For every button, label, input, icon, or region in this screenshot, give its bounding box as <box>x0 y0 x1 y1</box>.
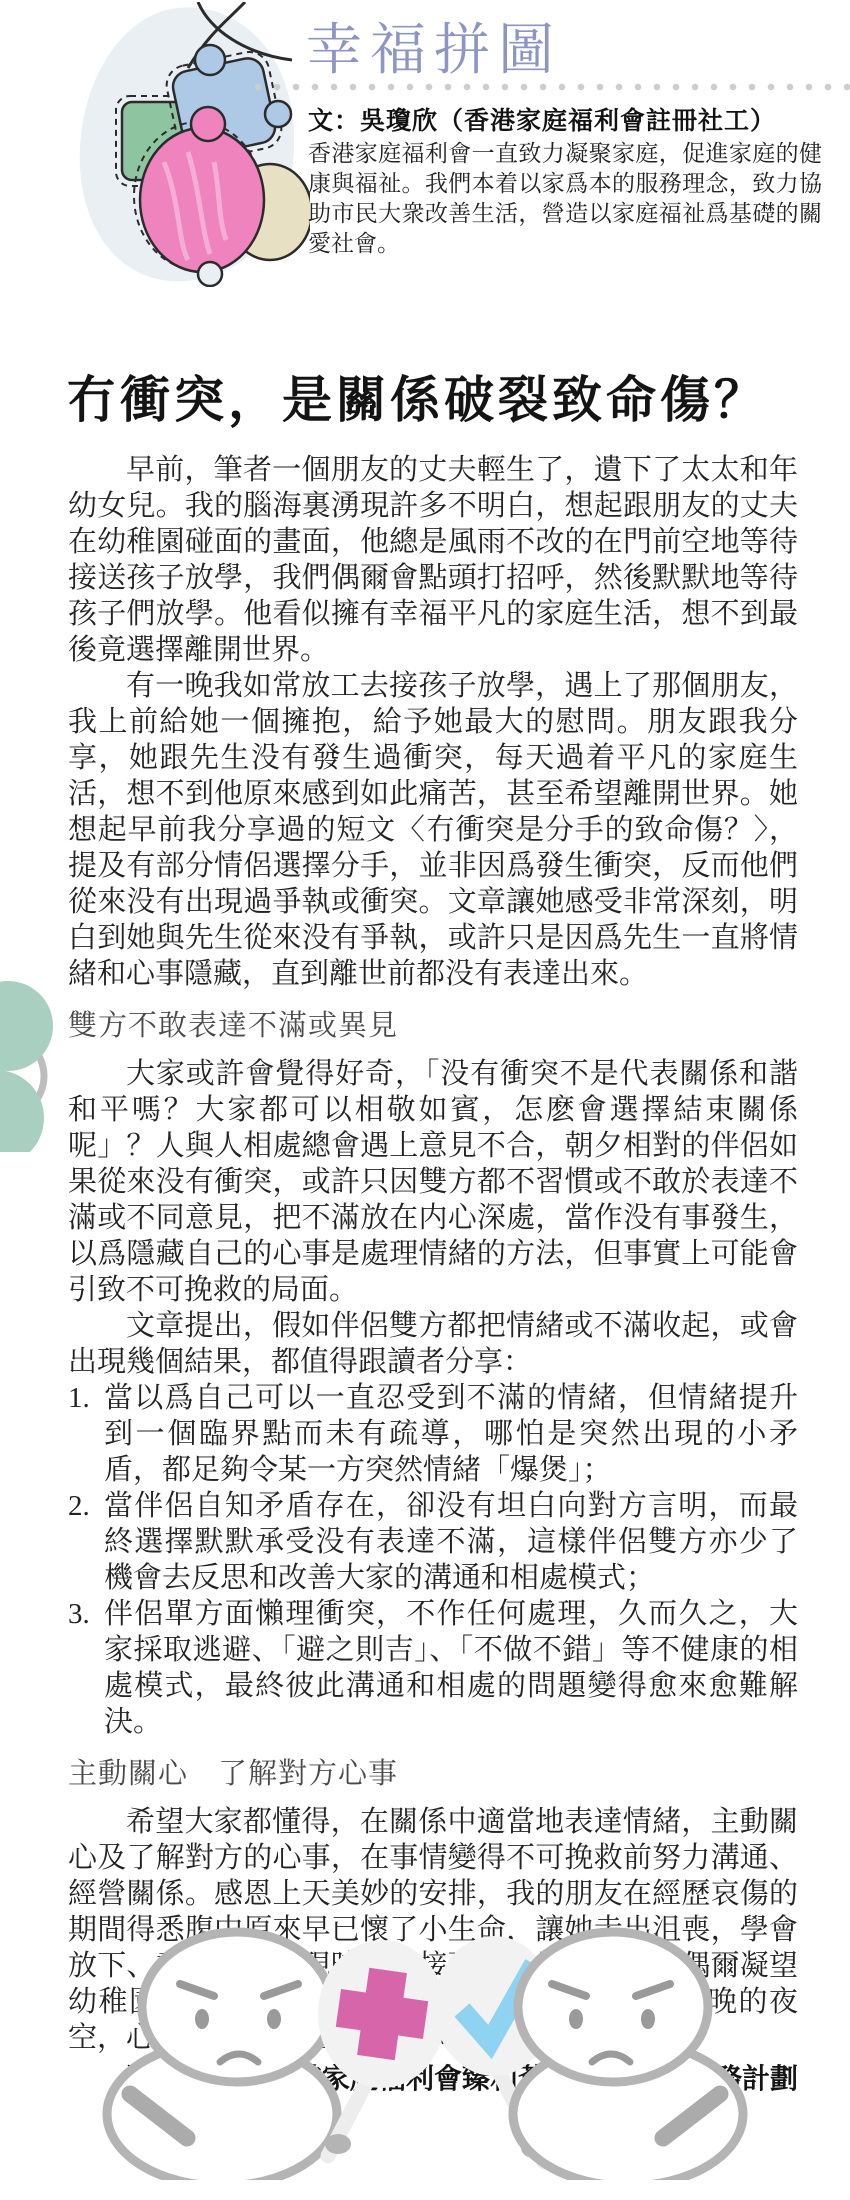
list-item: 2. 當伴侶自知矛盾存在，卻没有坦白向對方言明，而最終選擇默默承受没有表達不滿，… <box>68 1488 798 1596</box>
section-heading: 主動關心 了解對方心事 <box>68 1756 798 1792</box>
list-number: 1. <box>68 1380 104 1488</box>
article-body: 早前，筆者一個朋友的丈夫輕生了，遺下了太太和年幼女兒。我的腦海裏湧現許多不明白，… <box>68 452 798 2098</box>
list-text: 當以爲自己可以一直忍受到不滿的情緒，但情緒提升到一個臨界點而未有疏導，哪怕是突然… <box>104 1380 798 1488</box>
edge-circles-decoration <box>0 980 60 1152</box>
plus-sign-paddle-icon <box>318 1940 446 2156</box>
article-headline: 冇衝突，是關係破裂致命傷？ <box>66 360 768 432</box>
green-circles-icon <box>0 980 60 1152</box>
list-text: 伴侶單方面懶理衝突，不作任何處理，久而久之，大家採取逃避、「避之則吉」、「不做不… <box>104 1596 798 1740</box>
list-text: 當伴侶自知矛盾存在，卻没有坦白向對方言明，而最終選擇默默承受没有表達不滿，這樣伴… <box>104 1488 798 1596</box>
footer-illustration <box>52 1922 798 2180</box>
puzzle-icon <box>60 2 310 287</box>
paragraph: 大家或許會覺得好奇，「没有衝突不是代表關係和諧和平嗎？大家都可以相敬如賓，怎麽會… <box>68 1056 798 1308</box>
article-page: 幸福拼圖 文：吳瓊欣（香港家庭福利會註冊社工） 香港家庭福利會一直致力凝聚家庭，… <box>0 0 850 2200</box>
angry-figure-left-icon <box>107 1932 337 2180</box>
list-item: 1. 當以爲自己可以一直忍受到不滿的情緒，但情緒提升到一個臨界點而未有疏導，哪怕… <box>68 1380 798 1488</box>
dotted-divider <box>254 83 850 91</box>
angry-figure-right-icon <box>513 1932 743 2180</box>
paragraph: 有一晚我如常放工去接孩子放學，遇上了那個朋友，我上前給她一個擁抱，給予她最大的慰… <box>68 668 798 992</box>
puzzle-pieces-illustration <box>60 2 310 287</box>
arguing-figures-icon <box>52 1922 798 2180</box>
byline: 文：吳瓊欣（香港家庭福利會註冊社工） <box>308 101 776 137</box>
column-title: 幸福拼圖 <box>306 6 562 86</box>
list-number: 3. <box>68 1596 104 1740</box>
paragraph: 文章提出，假如伴侶雙方都把情緒或不滿收起，或會出現幾個結果，都值得跟讀者分享： <box>68 1308 798 1380</box>
list-number: 2. <box>68 1488 104 1596</box>
paragraph: 早前，筆者一個朋友的丈夫輕生了，遺下了太太和年幼女兒。我的腦海裏湧現許多不明白，… <box>68 452 798 668</box>
column-intro: 香港家庭福利會一直致力凝聚家庭，促進家庭的健康與福祉。我們本着以家爲本的服務理念… <box>308 138 822 258</box>
section-heading: 雙方不敢表達不滿或異見 <box>68 1008 798 1044</box>
list-item: 3. 伴侶單方面懶理衝突，不作任何處理，久而久之，大家採取逃避、「避之則吉」、「… <box>68 1596 798 1740</box>
